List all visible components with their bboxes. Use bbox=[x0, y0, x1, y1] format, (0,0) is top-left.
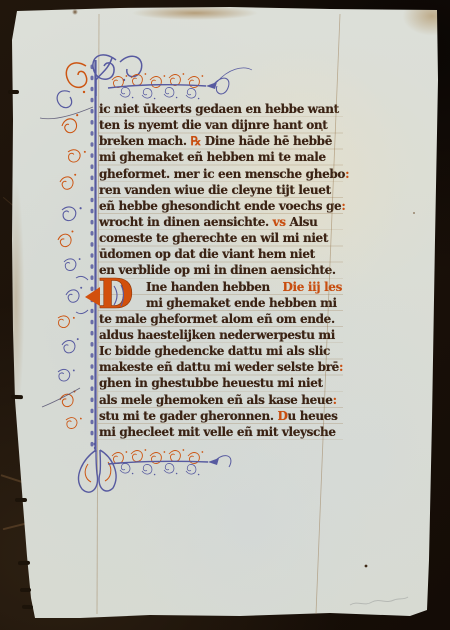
text-line: mi ghecleet mit velle eñ mit vleysche bbox=[99, 424, 342, 440]
photo-background: ic niet ūkeerts gedaen en hebbe wantten … bbox=[0, 0, 450, 630]
manuscript-text: ūdomen op dat die viant hem niet bbox=[99, 246, 315, 262]
sewing-notch bbox=[22, 605, 33, 609]
manuscript-text: als mele ghemoken eñ als kase heue bbox=[99, 392, 333, 408]
manuscript-text: makeste eñ dattu mi weder selste brē bbox=[99, 359, 339, 375]
manuscript-text: eñ hebbe ghesondicht ende voechs ge bbox=[99, 198, 341, 214]
text-line: mi ghemaket eñ hebben mi te male bbox=[99, 149, 342, 165]
text-line: Ine handen hebbenDie iij les bbox=[99, 279, 342, 295]
manuscript-text: wrocht in dinen aensichte. bbox=[99, 214, 273, 230]
manuscript-text: comeste te gherechte en wil mi niet bbox=[99, 230, 328, 246]
text-line: als mele ghemoken eñ als kase heue: bbox=[99, 392, 342, 408]
sewing-notch bbox=[20, 588, 31, 592]
text-line: ic niet ūkeerts gedaen en hebbe want bbox=[99, 101, 342, 117]
rubric-text: : bbox=[341, 198, 345, 214]
text-line: wrocht in dinen aensichte. vs Alsu bbox=[99, 214, 342, 230]
text-line: makeste eñ dattu mi weder selste brē: bbox=[99, 359, 342, 375]
manuscript-text: mi ghecleet mit velle eñ mit vleysche bbox=[99, 424, 336, 440]
text-line: eñ hebbe ghesondicht ende voechs ge: bbox=[99, 198, 342, 214]
manuscript-text: mi ghemaket ende hebben mi bbox=[146, 295, 337, 311]
manuscript-text: Dine hāde hē hebbē bbox=[205, 133, 332, 149]
manuscript-text: ghen in ghestubbe heuestu mi niet bbox=[99, 375, 323, 391]
manuscript-text: mi ghemaket eñ hebben mi te male bbox=[99, 149, 326, 165]
manuscript-text: Alsu bbox=[290, 214, 318, 230]
text-line: Ic bidde ghedencke dattu mi als slic bbox=[99, 343, 342, 359]
text-line: ren vanden wiue die cleyne tijt leuet bbox=[99, 182, 342, 198]
manuscript-text: stu mi te gader gheronnen. bbox=[99, 408, 277, 424]
manuscript-text: breken mach. bbox=[99, 133, 191, 149]
text-line: en verblide op mi in dinen aensichte. bbox=[99, 262, 342, 278]
manuscript-text: Ine handen hebben bbox=[146, 279, 270, 295]
text-line: ūdomen op dat die viant hem niet bbox=[99, 246, 342, 262]
text-line: stu mi te gader gheronnen. Du heues bbox=[99, 408, 342, 424]
manuscript-text: ren vanden wiue die cleyne tijt leuet bbox=[99, 182, 331, 198]
text-line: ghen in ghestubbe heuestu mi niet bbox=[99, 375, 342, 391]
manuscript-text: aldus haestelijken nederwerpestu mi bbox=[99, 327, 335, 343]
text-line: gheformet. mer ic een mensche ghebo: bbox=[99, 166, 342, 182]
text-line: comeste te gherechte en wil mi niet bbox=[99, 230, 342, 246]
manuscript-text: u heues bbox=[288, 408, 338, 424]
rubric-text: D bbox=[277, 408, 287, 424]
text-line: mi ghemaket ende hebben mi bbox=[99, 295, 342, 311]
text-block: ic niet ūkeerts gedaen en hebbe wantten … bbox=[99, 101, 342, 440]
sewing-notch bbox=[18, 561, 30, 565]
manuscript-text: Ic bidde ghedencke dattu mi als slic bbox=[99, 343, 330, 359]
text-line: te male gheformet alom eñ om ende. bbox=[99, 311, 342, 327]
manuscript-text: en verblide op mi in dinen aensichte. bbox=[99, 262, 336, 278]
manuscript-text: gheformet. mer ic een mensche ghebo bbox=[99, 166, 345, 182]
rubric-text: : bbox=[345, 166, 349, 182]
manuscript-text: te male gheformet alom eñ om ende. bbox=[99, 311, 335, 327]
text-line: ten is nyemt die van dijnre hant ont bbox=[99, 117, 342, 133]
rubric-text: ℞ bbox=[191, 133, 205, 149]
rubric-text: : bbox=[339, 359, 343, 375]
sewing-notch bbox=[15, 498, 27, 502]
rubric-text: Die iij les bbox=[282, 279, 342, 295]
manuscript-text: ten is nyemt die van dijnre hant ont bbox=[99, 117, 328, 133]
text-line: breken mach. ℞ Dine hāde hē hebbē bbox=[99, 133, 342, 149]
rubric-text: vs bbox=[273, 214, 290, 230]
manuscript-text: ic niet ūkeerts gedaen en hebbe want bbox=[99, 101, 339, 117]
text-line: aldus haestelijken nederwerpestu mi bbox=[99, 327, 342, 343]
sewing-notch bbox=[11, 395, 23, 399]
rubric-text: : bbox=[333, 392, 337, 408]
text-lines: ic niet ūkeerts gedaen en hebbe wantten … bbox=[99, 101, 342, 440]
sewing-notch bbox=[8, 90, 19, 94]
